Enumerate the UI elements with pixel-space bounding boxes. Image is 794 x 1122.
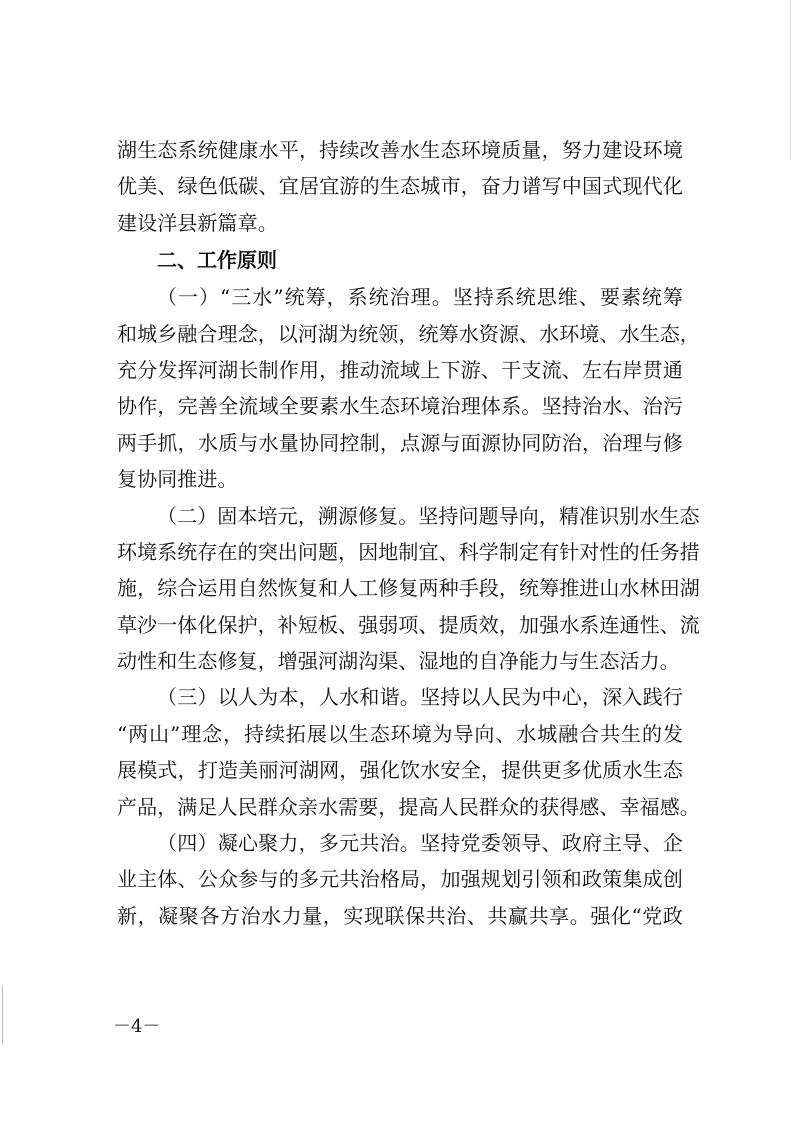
paragraph-line: 产品，满足人民群众亲水需要，提高人民群众的获得感、幸福感。 [117, 789, 683, 825]
paragraph-line: 和城乡融合理念，以河湖为统领，统筹水资源、水环境、水生态， [117, 316, 683, 352]
paragraph-line: （一）“三水”统筹，系统治理。坚持系统思维、要素统筹 [117, 279, 683, 315]
paragraph-line: 业主体、公众参与的多元共治格局，加强规划引领和政策集成创 [117, 861, 683, 897]
intro-line: 建设洋县新篇章。 [117, 205, 683, 241]
principle-3: （三）以人为本，人水和谐。坚持以人民为中心，深入践行 “两山”理念，持续拓展以生… [117, 679, 683, 825]
intro-line: 优美、绿色低碳、宜居宜游的生态城市，奋力谱写中国式现代化 [117, 168, 683, 204]
principle-2: （二）固本培元，溯源修复。坚持问题导向，精准识别水生态 环境系统存在的突出问题，… [117, 498, 683, 680]
paragraph-line: 新，凝聚各方治水力量，实现联保共治、共赢共享。强化“党政 [117, 898, 683, 934]
section-heading: 二、工作原则 [117, 241, 683, 279]
scan-artifact [790, 0, 791, 160]
paragraph-line: 协作，完善全流域全要素水生态环境治理体系。坚持治水、治污 [117, 388, 683, 424]
paragraph-line: 两手抓，水质与水量协同控制，点源与面源协同防治，治理与修 [117, 425, 683, 461]
paragraph-line: （二）固本培元，溯源修复。坚持问题导向，精准识别水生态 [117, 498, 683, 534]
paragraph-line: 施，综合运用自然恢复和人工修复两种手段，统筹推进山水林田湖 [117, 570, 683, 606]
principle-1: （一）“三水”统筹，系统治理。坚持系统思维、要素统筹 和城乡融合理念，以河湖为统… [117, 279, 683, 497]
paragraph-line: （三）以人为本，人水和谐。坚持以人民为中心，深入践行 [117, 679, 683, 715]
paragraph-line: 动性和生态修复，增强河湖沟渠、湿地的自净能力与生态活力。 [117, 643, 683, 679]
paragraph-line: 展模式，打造美丽河湖网，强化饮水安全，提供更多优质水生态 [117, 752, 683, 788]
paragraph-line: （四）凝心聚力，多元共治。坚持党委领导、政府主导、企 [117, 825, 683, 861]
paragraph-line: “两山”理念，持续拓展以生态环境为导向、水城融合共生的发 [117, 716, 683, 752]
document-body: 湖生态系统健康水平，持续改善水生态环境质量，努力建设环境 优美、绿色低碳、宜居宜… [117, 132, 683, 934]
paragraph-line: 草沙一体化保护，补短板、强弱项、提质效，加强水系连通性、流 [117, 607, 683, 643]
page-number: －4－ [113, 1012, 160, 1038]
paragraph-line: 复协同推进。 [117, 461, 683, 497]
paragraph-line: 充分发挥河湖长制作用，推动流域上下游、干支流、左右岸贯通 [117, 352, 683, 388]
scan-artifact [2, 985, 3, 1045]
principle-4: （四）凝心聚力，多元共治。坚持党委领导、政府主导、企 业主体、公众参与的多元共治… [117, 825, 683, 934]
paragraph-line: 环境系统存在的突出问题，因地制宜、科学制定有针对性的任务措 [117, 534, 683, 570]
document-page: 湖生态系统健康水平，持续改善水生态环境质量，努力建设环境 优美、绿色低碳、宜居宜… [0, 0, 794, 1122]
intro-line: 湖生态系统健康水平，持续改善水生态环境质量，努力建设环境 [117, 132, 683, 168]
